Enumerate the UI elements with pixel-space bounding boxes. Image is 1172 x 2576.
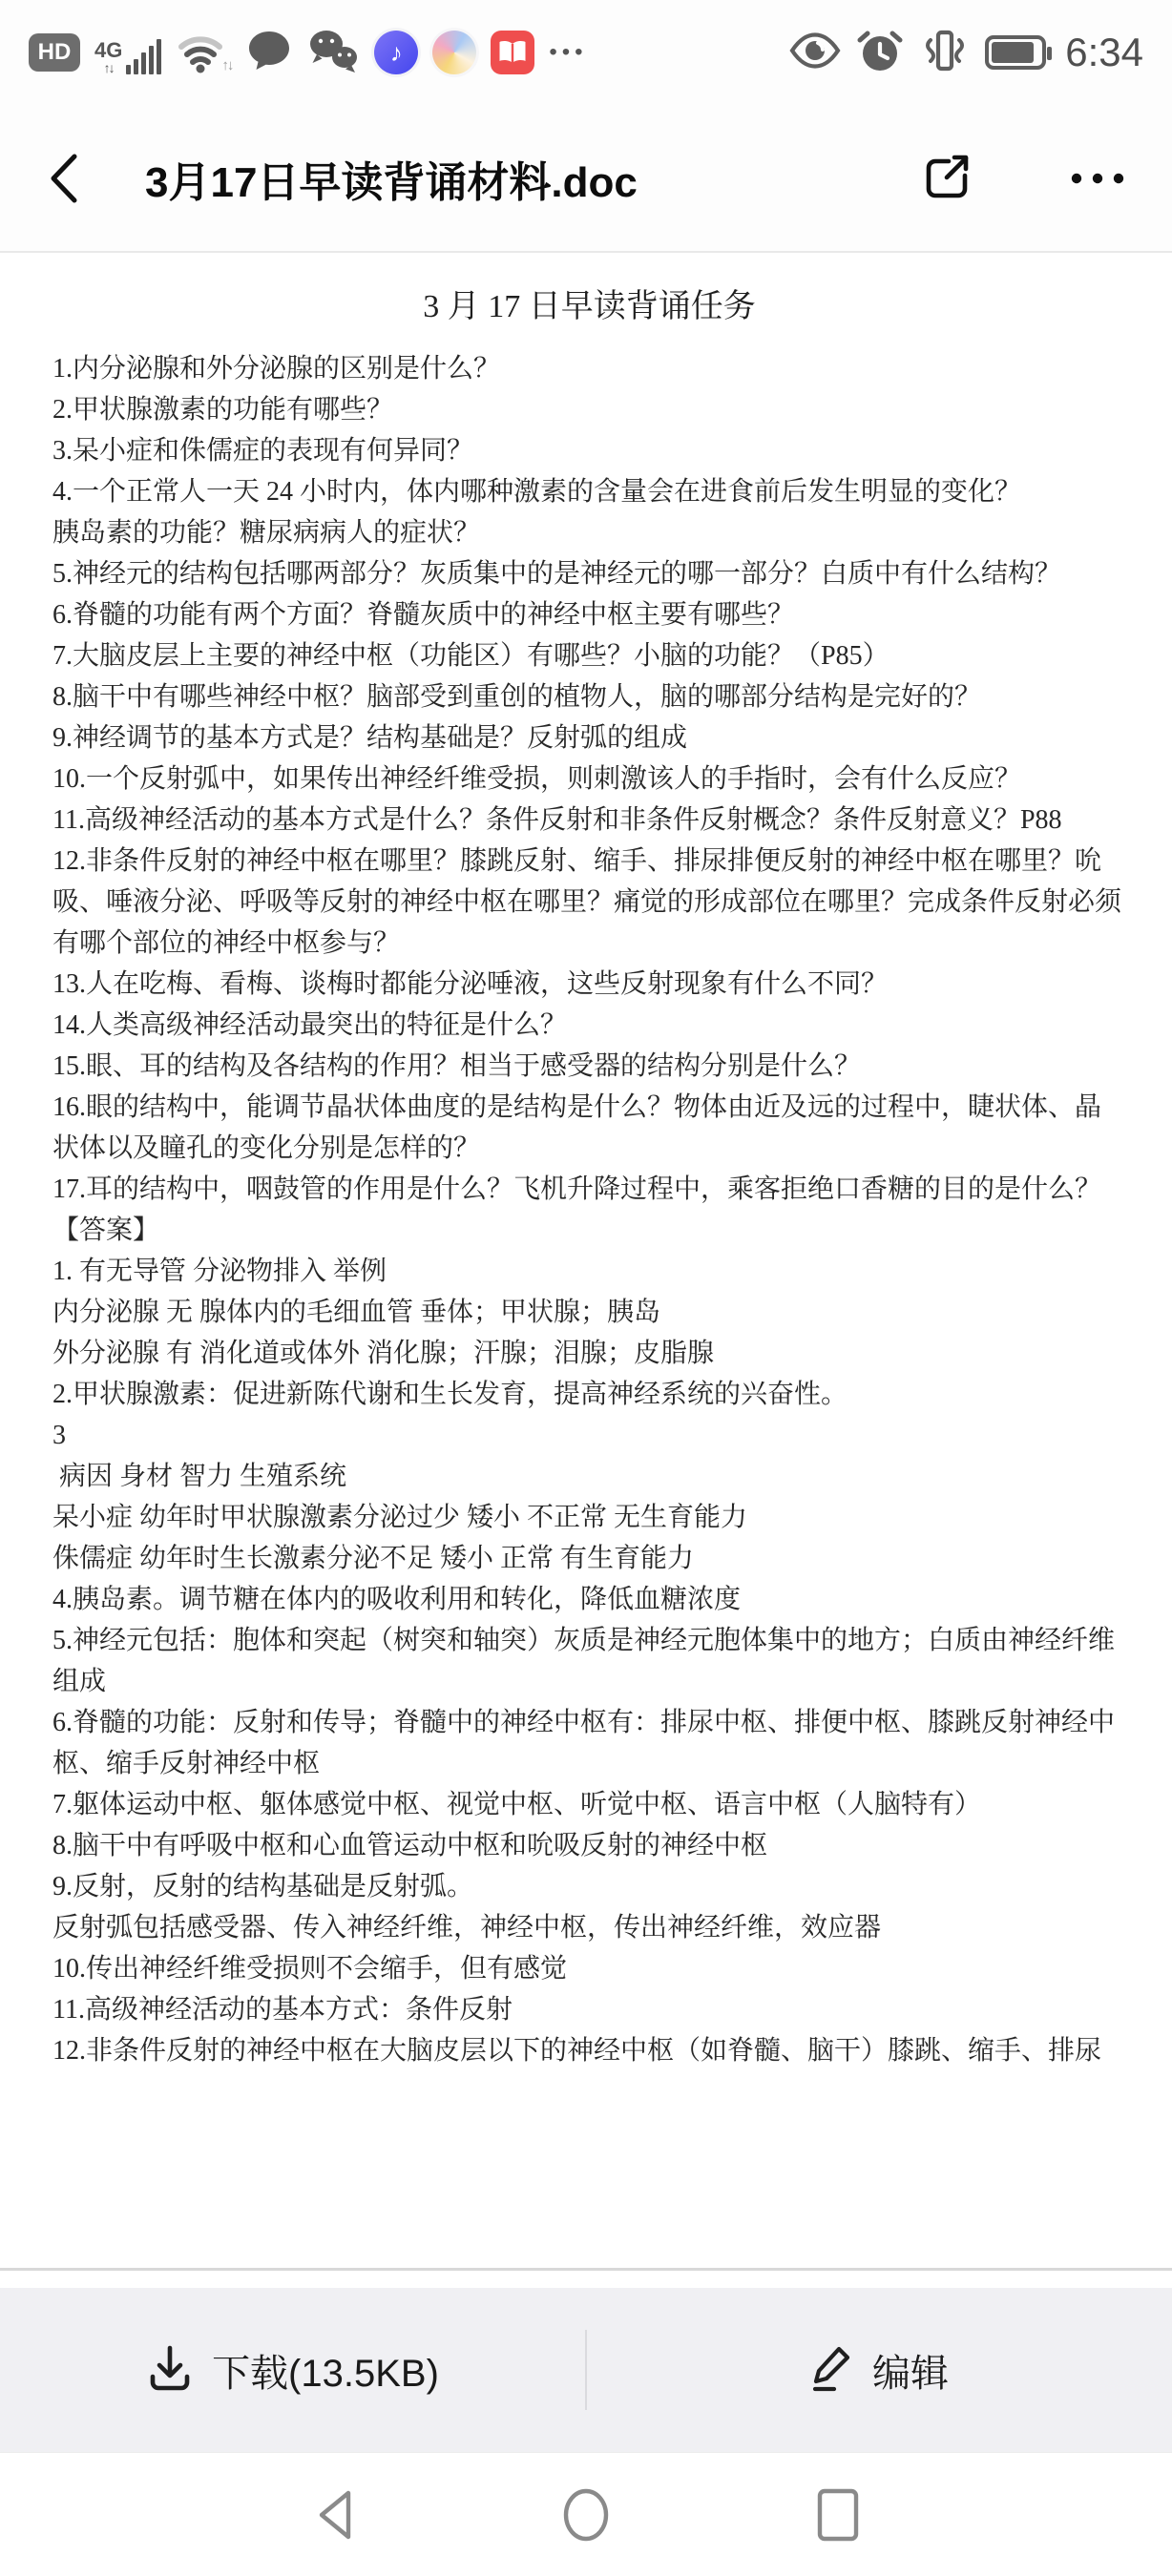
books-icon (491, 31, 534, 74)
doc-line: 组成 (52, 1661, 1126, 1702)
doc-line: 吸、唾液分泌、呼吸等反射的神经中枢在哪里？痛觉的形成部位在哪里？完成条件反射必须 (52, 882, 1126, 923)
nav-recents-square-icon[interactable] (811, 2484, 865, 2545)
status-bar-left: HD 4G ↑↓ ↑↓ (29, 28, 588, 78)
doc-line: 5.神经元包括：胞体和突起（树突和轴突）灰质是神经元胞体集中的地方；白质由神经纤… (52, 1620, 1126, 1661)
doc-line: 17.耳的结构中，咽鼓管的作用是什么？飞机升降过程中，乘客拒绝口香糖的目的是什么… (52, 1169, 1126, 1210)
doc-line: 侏儒症 幼年时生长激素分泌不足 矮小 正常 有生育能力 (52, 1538, 1126, 1579)
nav-home-circle-icon[interactable] (559, 2484, 613, 2545)
doc-line: 6.脊髓的功能有两个方面？脊髓灰质中的神经中枢主要有哪些？ (52, 594, 1126, 635)
download-icon (147, 2344, 193, 2397)
doc-line: 12.非条件反射的神经中枢在大脑皮层以下的神经中枢（如脊髓、脑干）膝跳、缩手、排… (52, 2030, 1126, 2071)
document-title: 3月17日早读背诵材料.doc (145, 148, 638, 209)
doc-line: 11.高级神经活动的基本方式：条件反射 (52, 1989, 1126, 2030)
battery-icon (985, 35, 1046, 70)
edit-button[interactable]: 编辑 (586, 2288, 1172, 2452)
doc-line: 9.反射，反射的结构基础是反射弧。 (52, 1866, 1126, 1907)
wifi-arrows-icon: ↑↓ (221, 57, 232, 73)
status-time: 6:34 (1065, 30, 1143, 75)
doc-line: 7.躯体运动中枢、躯体感觉中枢、视觉中枢、听觉中枢、语言中枢（人脑特有） (52, 1784, 1126, 1825)
doc-line: 胰岛素的功能？糖尿病病人的症状？ (52, 512, 1126, 553)
network-type-label: 4G (94, 40, 122, 61)
doc-line: 3.呆小症和侏儒症的表现有何异同？ (52, 430, 1126, 471)
status-bar-right: 6:34 (788, 26, 1143, 80)
doc-line: 外分泌腺 有 消化道或体外 消化腺；汗腺；泪腺；皮脂腺 (52, 1333, 1126, 1374)
doc-line: 【答案】 (52, 1210, 1126, 1251)
doc-line: 9.神经调节的基本方式是？结构基础是？反射弧的组成 (52, 717, 1126, 758)
download-button[interactable]: 下载(13.5KB) (0, 2288, 586, 2452)
navigation-bar (0, 2452, 1172, 2576)
edit-icon (809, 2344, 853, 2397)
doc-line: 4.胰岛素。调节糖在体内的吸收利用和转化，降低血糖浓度 (52, 1579, 1126, 1620)
doc-line: 10.传出神经纤维受损则不会缩手，但有感觉 (52, 1948, 1126, 1989)
doc-line: 呆小症 幼年时甲状腺激素分泌过少 矮小 不正常 无生育能力 (52, 1497, 1126, 1538)
signal-4g-label-group: 4G ↑↓ (94, 40, 122, 74)
document-heading: 3 月 17 日早读背诵任务 (52, 283, 1126, 331)
doc-line: 12.非条件反射的神经中枢在哪里？膝跳反射、缩手、排尿排便反射的神经中枢在哪里？… (52, 841, 1126, 882)
gallery-icon (432, 31, 476, 74)
wifi-icon: ↑↓ (176, 31, 232, 73)
vibrate-icon (918, 28, 972, 78)
alarm-icon (855, 26, 905, 80)
action-bar-divider (585, 2330, 587, 2410)
doc-line: 14.人类高级神经活动最突出的特征是什么？ (52, 1005, 1126, 1046)
edit-label: 编辑 (872, 2343, 949, 2398)
document-bottom-edge (0, 2268, 1172, 2271)
doc-line: 2.甲状腺激素：促进新陈代谢和生长发育，提高神经系统的兴奋性。 (52, 1374, 1126, 1415)
doc-line: 8.脑干中有呼吸中枢和心血管运动中枢和吮吸反射的神经中枢 (52, 1825, 1126, 1866)
doc-line: 病因 身材 智力 生殖系统 (52, 1456, 1126, 1497)
signal-bars-icon (126, 38, 161, 74)
hd-badge: HD (29, 33, 80, 72)
doc-line: 15.眼、耳的结构及各结构的作用？相当于感受器的结构分别是什么？ (52, 1046, 1126, 1087)
doc-line: 13.人在吃梅、看梅、谈梅时都能分泌唾液，这些反射现象有什么不同？ (52, 964, 1126, 1005)
doc-line: 1. 有无导管 分泌物排入 举例 (52, 1251, 1126, 1292)
doc-line: 1.内分泌腺和外分泌腺的区别是什么？ (52, 348, 1126, 389)
bottom-action-bar: 下载(13.5KB) 编辑 (0, 2288, 1172, 2452)
doc-line: 内分泌腺 无 腺体内的毛细血管 垂体；甲状腺；胰岛 (52, 1292, 1126, 1333)
doc-line: 6.脊髓的功能：反射和传导；脊髓中的神经中枢有：排尿中枢、排便中枢、膝跳反射神经… (52, 1702, 1126, 1743)
title-bar: 3月17日早读背诵材料.doc (0, 105, 1172, 253)
doc-line: 11.高级神经活动的基本方式是什么？条件反射和非条件反射概念？条件反射意义？P8… (52, 800, 1126, 841)
download-label: 下载(13.5KB) (212, 2343, 439, 2398)
doc-line: 2.甲状腺激素的功能有哪些？ (52, 389, 1126, 430)
doc-line: 5.神经元的结构包括哪两部分？灰质集中的是神经元的哪一部分？白质中有什么结构？ (52, 553, 1126, 594)
doc-line: 8.脑干中有哪些神经中枢？脑部受到重创的植物人，脑的哪部分结构是完好的？ (52, 676, 1126, 717)
doc-line: 3 (52, 1415, 1126, 1456)
doc-line: 枢、缩手反射神经中枢 (52, 1743, 1126, 1784)
doc-line: 反射弧包括感受器、传入神经纤维，神经中枢，传出神经纤维，效应器 (52, 1907, 1126, 1948)
mobile-signal-4g: 4G ↑↓ (94, 31, 161, 74)
data-arrows-icon: ↑↓ (104, 61, 114, 74)
nav-back-triangle-icon[interactable] (307, 2484, 361, 2545)
doc-line: 10.一个反射弧中，如果传出神经纤维受损，则刺激该人的手指时，会有什么反应？ (52, 758, 1126, 800)
doc-line: 16.眼的结构中，能调节晶状体曲度的是结构是什么？物体由近及远的过程中，睫状体、… (52, 1087, 1126, 1128)
status-bar: HD 4G ↑↓ ↑↓ (0, 0, 1172, 105)
ellipsis-icon: ••• (549, 39, 587, 66)
document-body: 1.内分泌腺和外分泌腺的区别是什么？2.甲状腺激素的功能有哪些？3.呆小症和侏儒… (52, 348, 1126, 2071)
doc-line: 有哪个部位的神经中枢参与？ (52, 923, 1126, 964)
doc-line: 状体以及瞳孔的变化分别是怎样的？ (52, 1128, 1126, 1169)
eye-comfort-icon (788, 31, 842, 74)
document-page: 3 月 17 日早读背诵任务 1.内分泌腺和外分泌腺的区别是什么？2.甲状腺激素… (0, 253, 1172, 2268)
back-chevron-icon[interactable] (46, 152, 82, 205)
message-icon (246, 29, 292, 77)
doc-line: 4.一个正常人一天 24 小时内，体内哪种激素的含量会在进食前后发生明显的变化？ (52, 471, 1126, 512)
doc-line: 7.大脑皮层上主要的神经中枢（功能区）有哪些？小脑的功能？（P85） (52, 635, 1126, 676)
wechat-icon (306, 28, 360, 78)
more-icon[interactable] (1069, 172, 1126, 185)
share-icon[interactable] (920, 152, 973, 205)
music-icon: ♪ (374, 31, 418, 74)
